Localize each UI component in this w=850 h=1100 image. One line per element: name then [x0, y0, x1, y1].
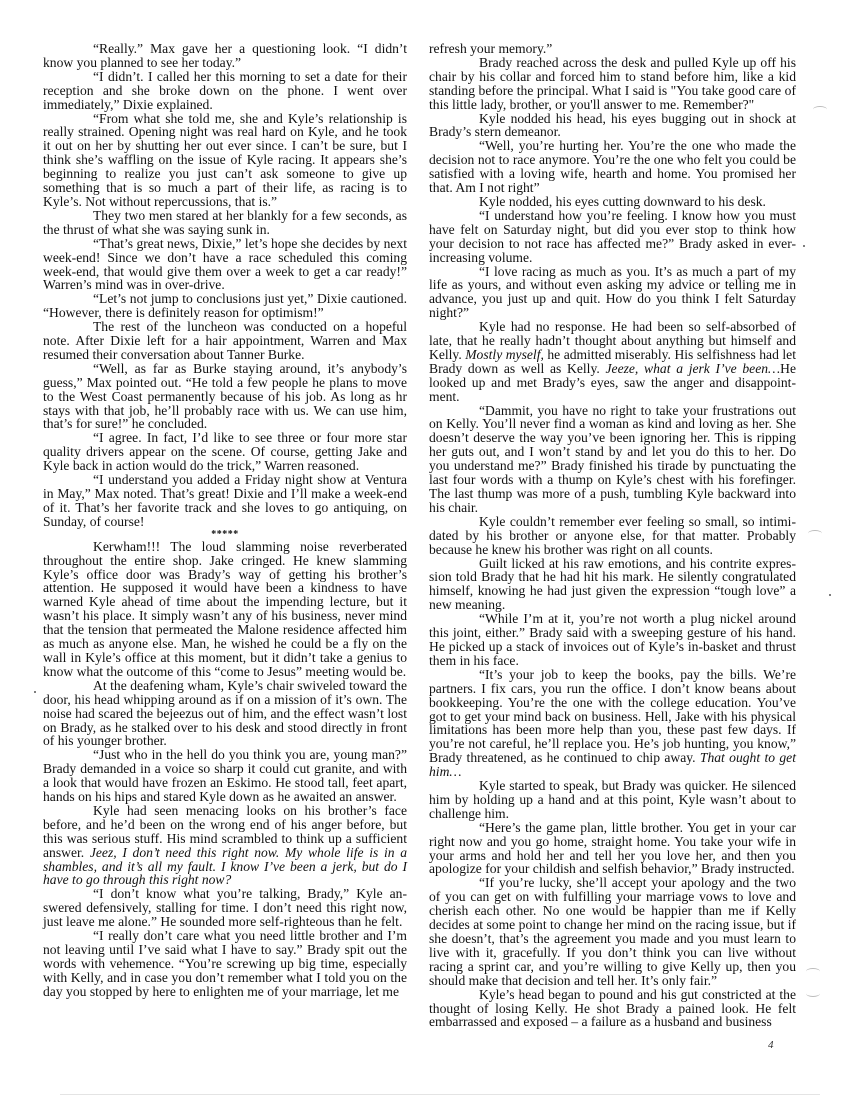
- paragraph: Kyle nodded his head, his eyes bugging o…: [429, 112, 796, 140]
- paragraph: Brady reached across the desk and pulled…: [429, 56, 796, 112]
- paragraph-text: Kerwham!!! The loud slamming noise rever…: [43, 539, 407, 679]
- left-text-column: “Really.” Max gave her a questioning loo…: [43, 42, 407, 999]
- paragraph: “I understand how you’re feeling. I know…: [429, 209, 796, 265]
- paragraph-text: Guilt licked at his raw emotions, and hi…: [429, 556, 796, 613]
- paragraph-text: Kyle couldn’t remember ever feeling so s…: [429, 514, 796, 557]
- paragraph: Kyle had no response. He had been so sel…: [429, 320, 796, 403]
- paragraph: Kyle nodded, his eyes cutting downward t…: [429, 195, 796, 209]
- paragraph-text: “I understand how you’re feeling. I know…: [429, 208, 796, 265]
- scan-artifact: [808, 530, 822, 537]
- paragraph: Kerwham!!! The loud slamming noise rever…: [43, 540, 407, 679]
- paragraph-text: refresh your memory.”: [429, 41, 552, 56]
- paragraph: “I didn’t. I called her this morning to …: [43, 70, 407, 112]
- paragraph: “From what she told me, she and Kyle’s r…: [43, 112, 407, 209]
- paragraph-text: They two men stared at her blankly for a…: [43, 208, 407, 237]
- scan-artifact: [806, 990, 820, 997]
- paragraph: “If you’re lucky, she’ll accept your apo…: [429, 876, 796, 987]
- paragraph: Kyle’s head began to pound and his gut c…: [429, 988, 796, 1030]
- paragraph-text: “Well, as far as Burke staying around, i…: [43, 361, 407, 432]
- paragraph: “I love racing as much as you. It’s as m…: [429, 265, 796, 321]
- paragraph: “That’s great news, Dixie,” let’s hope s…: [43, 237, 407, 293]
- paragraph-text: “I really don’t care what you need littl…: [43, 928, 407, 999]
- paragraph: At the deafening wham, Kyle’s chair swiv…: [43, 679, 407, 749]
- paragraph: “I understand you added a Friday night s…: [43, 473, 407, 529]
- paragraph-text: Kyle nodded his head, his eyes bugging o…: [429, 111, 796, 140]
- paragraph: “Dammit, you have no right to take your …: [429, 404, 796, 515]
- paragraph-text: “I don’t know what you’re talking, Brady…: [43, 886, 407, 929]
- paragraph: Kyle started to speak, but Brady was qui…: [429, 779, 796, 821]
- document-page: “Really.” Max gave her a questioning loo…: [0, 0, 850, 1100]
- scan-artifact: [806, 968, 820, 975]
- paragraph: Kyle had seen menacing looks on his brot…: [43, 804, 407, 887]
- paragraph: Kyle couldn’t remember ever feeling so s…: [429, 515, 796, 557]
- paragraph: “I agree. In fact, I’d like to see three…: [43, 431, 407, 473]
- paragraph-text: “Well, you’re hurting her. You’re the on…: [429, 138, 796, 195]
- paragraph-text: “Let’s not jump to conclusions just yet,…: [43, 291, 407, 320]
- paragraph: “While I’m at it, you’re not worth a plu…: [429, 612, 796, 668]
- scan-edge: [60, 1094, 820, 1095]
- paragraph-text: “That’s great news, Dixie,” let’s hope s…: [43, 236, 407, 293]
- paragraph-text: At the deafening wham, Kyle’s chair swiv…: [43, 678, 407, 749]
- paragraph-text: “Really.” Max gave her a questioning loo…: [43, 41, 407, 70]
- paragraph-text: “If you’re lucky, she’ll accept your apo…: [429, 875, 796, 987]
- paragraph-text: Kyle’s head began to pound and his gut c…: [429, 987, 796, 1030]
- paragraph: refresh your memory.”: [429, 42, 796, 56]
- paragraph-text: “While I’m at it, you’re not worth a plu…: [429, 611, 796, 668]
- page-number: 4: [768, 1039, 774, 1051]
- paragraph: The rest of the luncheon was conducted o…: [43, 320, 407, 362]
- paragraph-text: “I didn’t. I called her this morning to …: [43, 69, 407, 112]
- scan-artifact: [813, 106, 827, 113]
- paragraph-text: “Dammit, you have no right to take your …: [429, 403, 796, 515]
- scan-artifact: [34, 691, 36, 693]
- italic-thought-text: Jeez, I don’t need this right now. My wh…: [43, 845, 407, 888]
- paragraph: “Here’s the game plan, little brother. Y…: [429, 821, 796, 877]
- right-text-column: refresh your memory.”Brady reached acros…: [429, 42, 796, 1029]
- paragraph: “Let’s not jump to conclusions just yet,…: [43, 292, 407, 320]
- italic-thought-text: Jeeze, what a jerk I’ve been…: [606, 361, 781, 376]
- italic-thought-text: Mostly myself,: [465, 347, 544, 362]
- paragraph-text: “I love racing as much as you. It’s as m…: [429, 264, 796, 321]
- paragraph-text: The rest of the luncheon was conducted o…: [43, 319, 407, 362]
- paragraph-text: “I understand you added a Friday night s…: [43, 472, 407, 529]
- paragraph: “I really don’t care what you need littl…: [43, 929, 407, 999]
- paragraph-text: “From what she told me, she and Kyle’s r…: [43, 111, 407, 209]
- paragraph: They two men stared at her blankly for a…: [43, 209, 407, 237]
- paragraph: “Well, you’re hurting her. You’re the on…: [429, 139, 796, 195]
- paragraph-text: “Here’s the game plan, little brother. Y…: [429, 820, 796, 877]
- scan-artifact: [829, 594, 831, 596]
- paragraph-text: “I agree. In fact, I’d like to see three…: [43, 430, 407, 473]
- paragraph: “It’s your job to keep the books, pay th…: [429, 668, 796, 779]
- paragraph: Guilt licked at his raw emotions, and hi…: [429, 557, 796, 613]
- paragraph-text: Kyle started to speak, but Brady was qui…: [429, 778, 796, 821]
- paragraph: “Really.” Max gave her a questioning loo…: [43, 42, 407, 70]
- paragraph-text: Brady reached across the desk and pulled…: [429, 55, 796, 112]
- paragraph: “I don’t know what you’re talking, Brady…: [43, 887, 407, 929]
- paragraph-text: “Just who in the hell do you think you a…: [43, 747, 407, 804]
- paragraph-text: Kyle nodded, his eyes cutting downward t…: [479, 194, 766, 209]
- paragraph: “Just who in the hell do you think you a…: [43, 748, 407, 804]
- scan-artifact: [803, 245, 805, 247]
- paragraph: “Well, as far as Burke staying around, i…: [43, 362, 407, 432]
